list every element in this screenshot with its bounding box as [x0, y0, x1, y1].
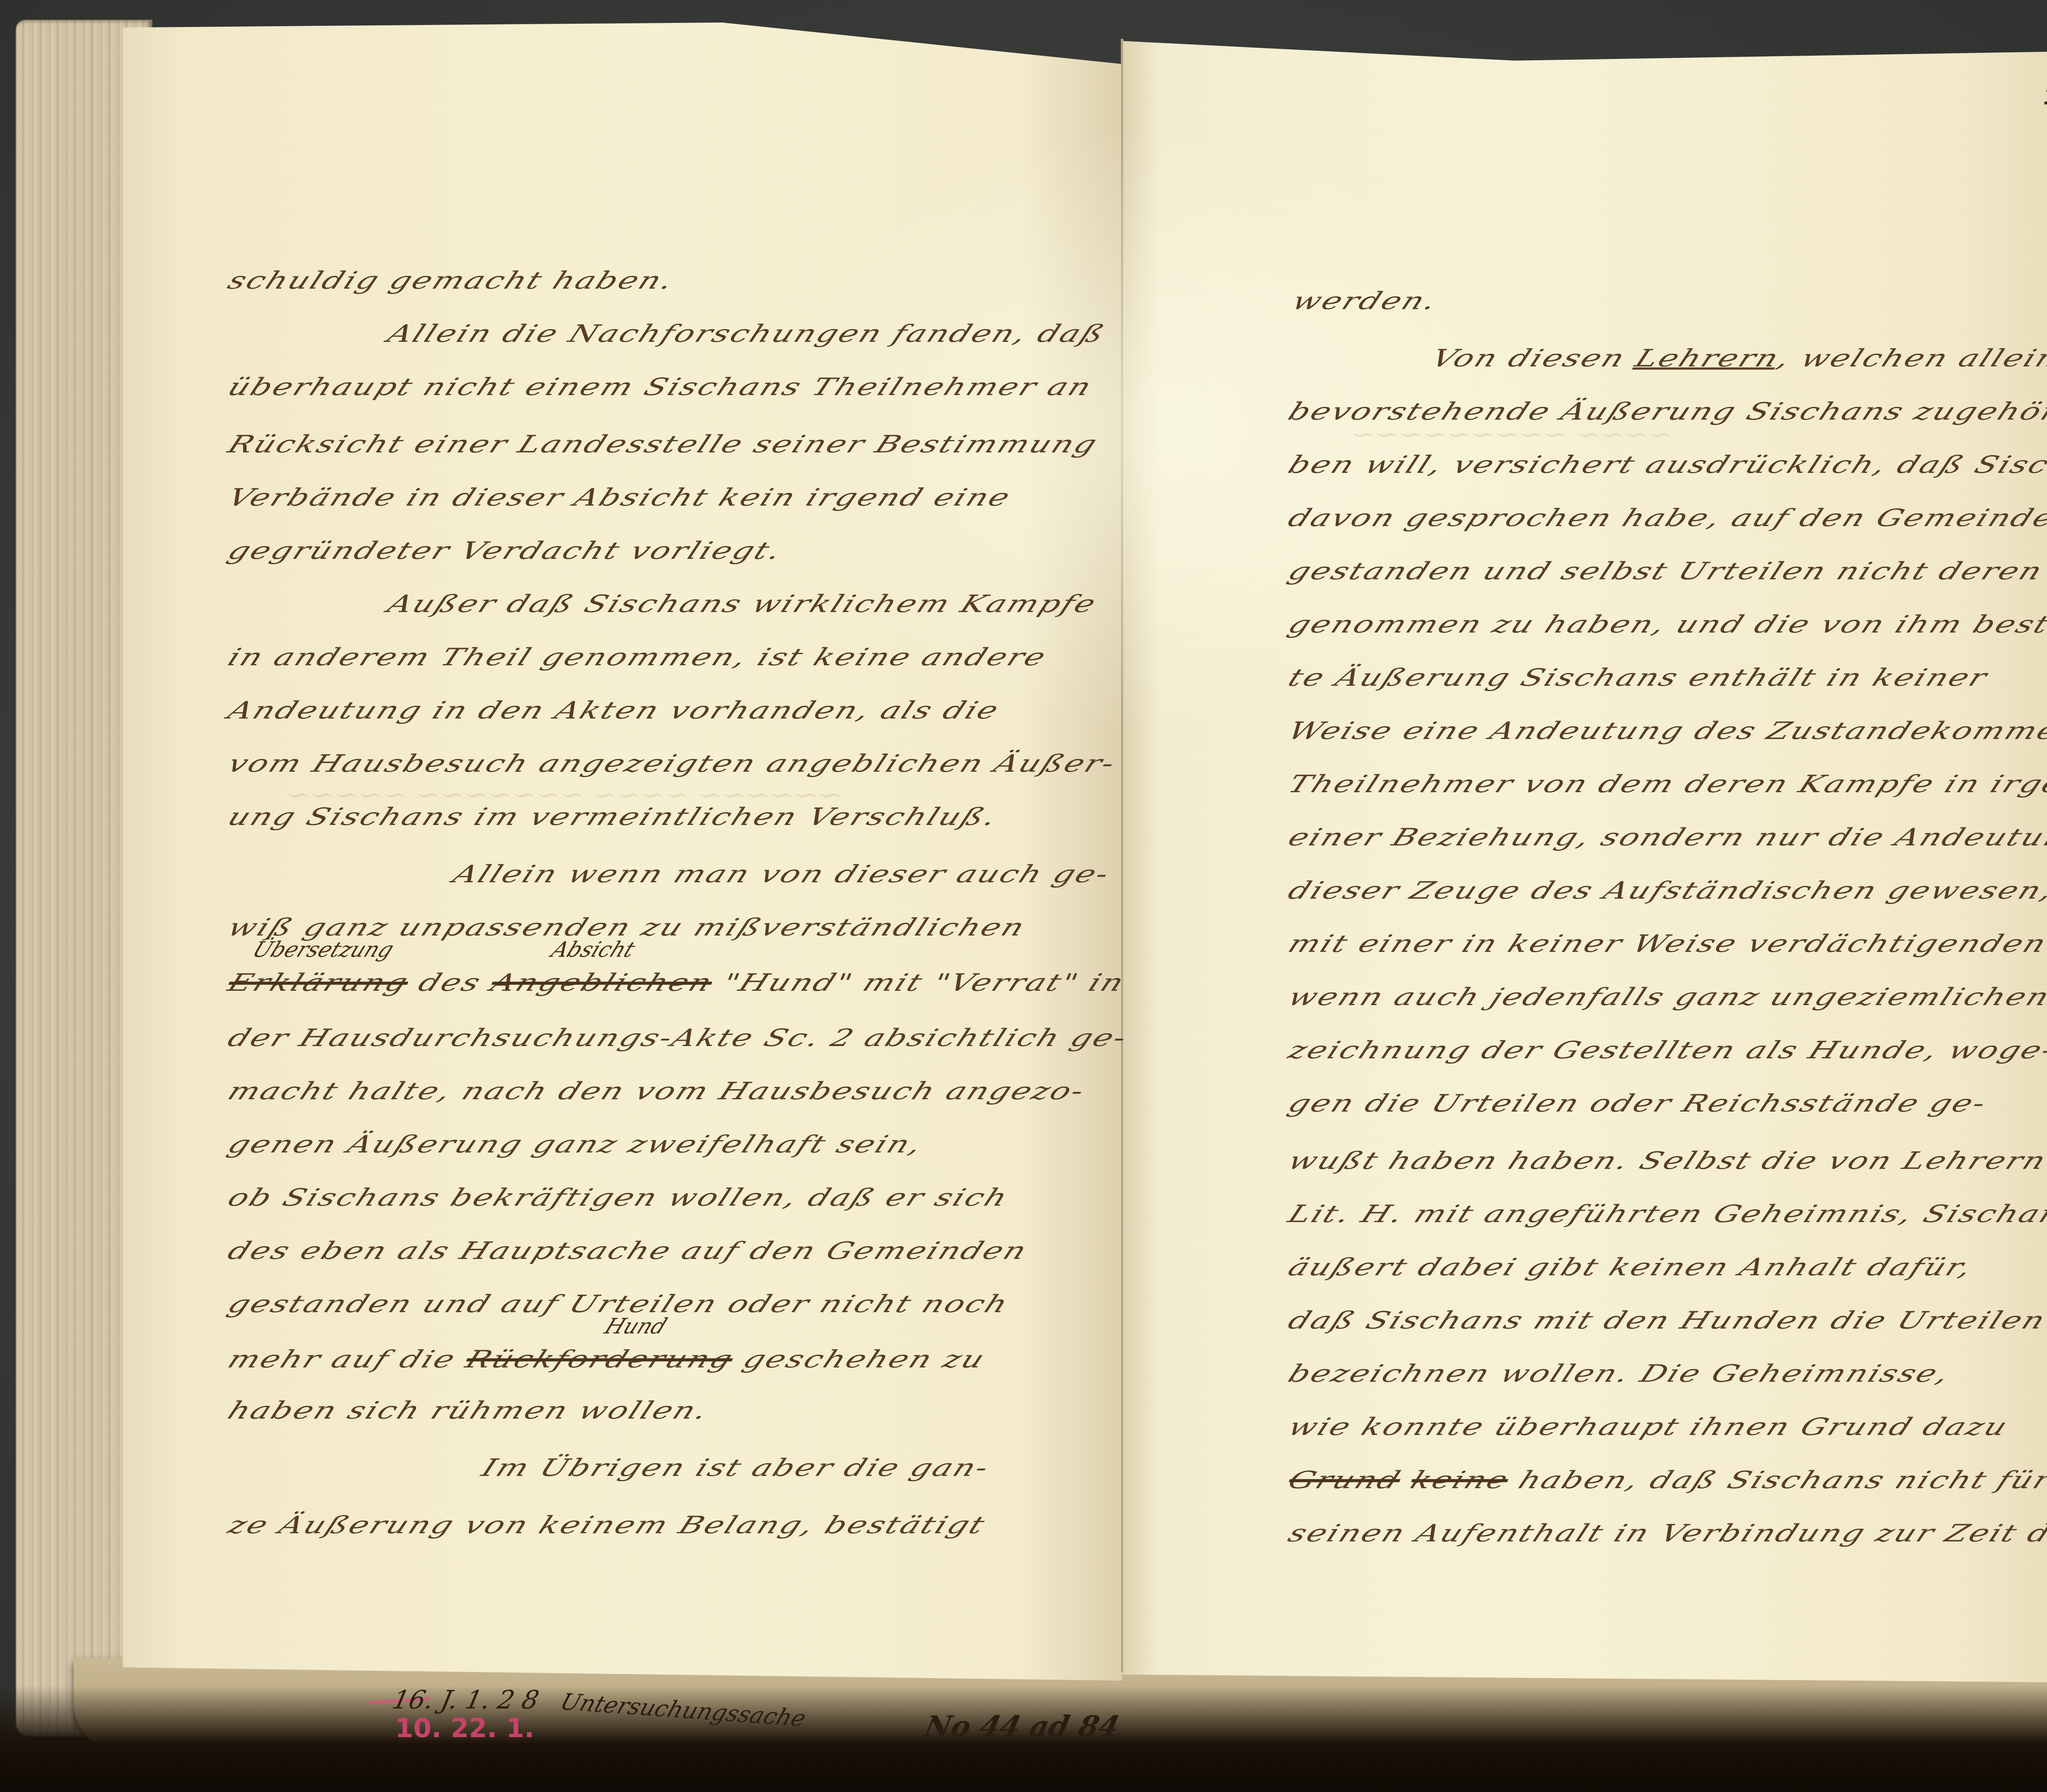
manuscript-line: überhaupt nicht einem Sischans Theilnehm… — [224, 373, 1097, 401]
manuscript-line: Im Übrigen ist aber die gan- — [477, 1454, 994, 1482]
manuscript-line: äußert dabei gibt keinen Anhalt dafür, — [1284, 1253, 1977, 1281]
manuscript-line: werden. — [1288, 287, 1442, 315]
manuscript-line: davon gesprochen habe, auf den Gemeinden — [1284, 504, 2047, 532]
manuscript-line: seinen Aufenthalt in Verbindung zur Zeit… — [1284, 1519, 2047, 1547]
manuscript-line: daß Sischans mit den Hunden die Urteilen — [1284, 1306, 2047, 1334]
manuscript-line: gegründeter Verdacht vorliegt. — [224, 537, 787, 565]
manuscript-line: wie konnte überhaupt ihnen Grund dazu — [1284, 1413, 2013, 1441]
struck-word: Angeblichen — [487, 969, 718, 997]
manuscript-line: ben will, versichert ausdrücklich, daß S… — [1284, 451, 2047, 479]
manuscript-line: ze Äußerung von keinem Belang, bestätigt — [224, 1511, 990, 1539]
manuscript-line: des eben als Hauptsache auf den Gemeinde… — [224, 1237, 1032, 1265]
shelf-mark-red: 10. 22. 1. — [395, 1713, 534, 1744]
manuscript-line: genen Äußerung ganz zweifelhaft sein, — [224, 1130, 928, 1158]
manuscript-line: Rücksicht einer Landesstelle seiner Best… — [224, 430, 1103, 458]
book-gutter — [1121, 39, 1123, 1672]
manuscript-line: gestanden und selbst Urteilen nicht dere… — [1284, 557, 2047, 585]
manuscript-line: wußt haben haben. Selbst die von Lehrern — [1284, 1147, 2047, 1175]
file-number: No 44 ad 84 — [922, 1709, 1123, 1743]
manuscript-line: Verbände in dieser Absicht kein irgend e… — [224, 484, 1015, 511]
struck-word: Grund — [1284, 1466, 1405, 1494]
interlinear-insertion: Hund — [601, 1314, 671, 1339]
manuscript-line: in anderem Theil genommen, ist keine and… — [224, 643, 1051, 671]
struck-word: Rückforderung — [461, 1345, 738, 1373]
manuscript-line: Außer daß Sischans wirklichem Kampfe — [383, 590, 1101, 618]
manuscript-line: dieser Zeuge des Aufständischen gewesen, — [1284, 877, 2047, 904]
interlinear-insertion: Übersetzung — [249, 938, 398, 962]
manuscript-line: wenn auch jedenfalls ganz ungeziemlichen… — [1284, 983, 2047, 1011]
manuscript-line: vom Hausbesuch angezeigten angeblichen Ä… — [224, 750, 1121, 777]
manuscript-line: ob Sischans bekräftigen wollen, daß er s… — [224, 1184, 1013, 1211]
manuscript-line: Von diesen Lehrern, welchen allein die — [1427, 344, 2047, 372]
manuscript-line: ung Sischans im vermeintlichen Verschluß… — [224, 803, 1002, 831]
struck-word: keine — [1406, 1466, 1514, 1494]
manuscript-line: haben sich rühmen wollen. — [224, 1397, 714, 1424]
manuscript-line: einer Beziehung, sondern nur die Andeutu… — [1284, 823, 2047, 851]
manuscript-line: Allein die Nachforschungen fanden, daß — [383, 320, 1110, 348]
manuscript-line: bezeichnen wollen. Die Geheimnisse, — [1284, 1360, 1955, 1388]
manuscript-line: zeichnung der Gestellten als Hunde, woge… — [1284, 1036, 2047, 1064]
manuscript-line: te Äußerung Sischans enthält in keiner — [1284, 664, 1992, 691]
manuscript-line: Weise eine Andeutung des Zustandekommens… — [1284, 717, 2047, 745]
manuscript-line: Grund keine haben, daß Sischans nicht fü… — [1284, 1466, 2047, 1494]
manuscript-line: genommen zu haben, und die von ihm bestä… — [1284, 610, 2047, 638]
manuscript-line: Lit. H. mit angeführten Geheimnis, Sisch… — [1284, 1200, 2047, 1228]
shelf-mark-black: 16. J. 1. 2 8 — [390, 1685, 542, 1715]
struck-word: Erklärung — [224, 969, 413, 997]
manuscript-line: mehr auf die Rückforderung geschehen zu — [224, 1345, 990, 1373]
manuscript-line: Andeutung in den Akten vorhanden, als di… — [224, 696, 1004, 724]
manuscript-line: der Hausdurchsuchungs-Akte Sc. 2 absicht… — [224, 1024, 1132, 1052]
manuscript-line: gestanden und auf Urteilen oder nicht no… — [224, 1290, 1013, 1318]
manuscript-line: mit einer in keiner Weise verdächtigende… — [1284, 930, 2047, 958]
manuscript-line: Theilnehmer von dem deren Kampfe in irge… — [1284, 770, 2047, 798]
manuscript-line: Allein wenn man von dieser auch ge- — [449, 860, 1115, 888]
manuscript-line: schuldig gemacht haben. — [224, 267, 679, 294]
interlinear-insertion: Absicht — [548, 938, 639, 962]
manuscript-line: Erklärung des Angeblichen "Hund" mit "Ve… — [224, 969, 1130, 997]
manuscript-line: wiß ganz unpassenden zu mißverständliche… — [224, 913, 1030, 941]
manuscript-line: bevorstehende Äußerung Sischans zugehört… — [1284, 398, 2047, 425]
manuscript-line: gen die Urteilen oder Reichsstände ge- — [1284, 1089, 1991, 1117]
manuscript-line: macht halte, nach den vom Hausbesuch ang… — [224, 1077, 1090, 1105]
underlined-word: Lehrern — [1631, 344, 1784, 372]
